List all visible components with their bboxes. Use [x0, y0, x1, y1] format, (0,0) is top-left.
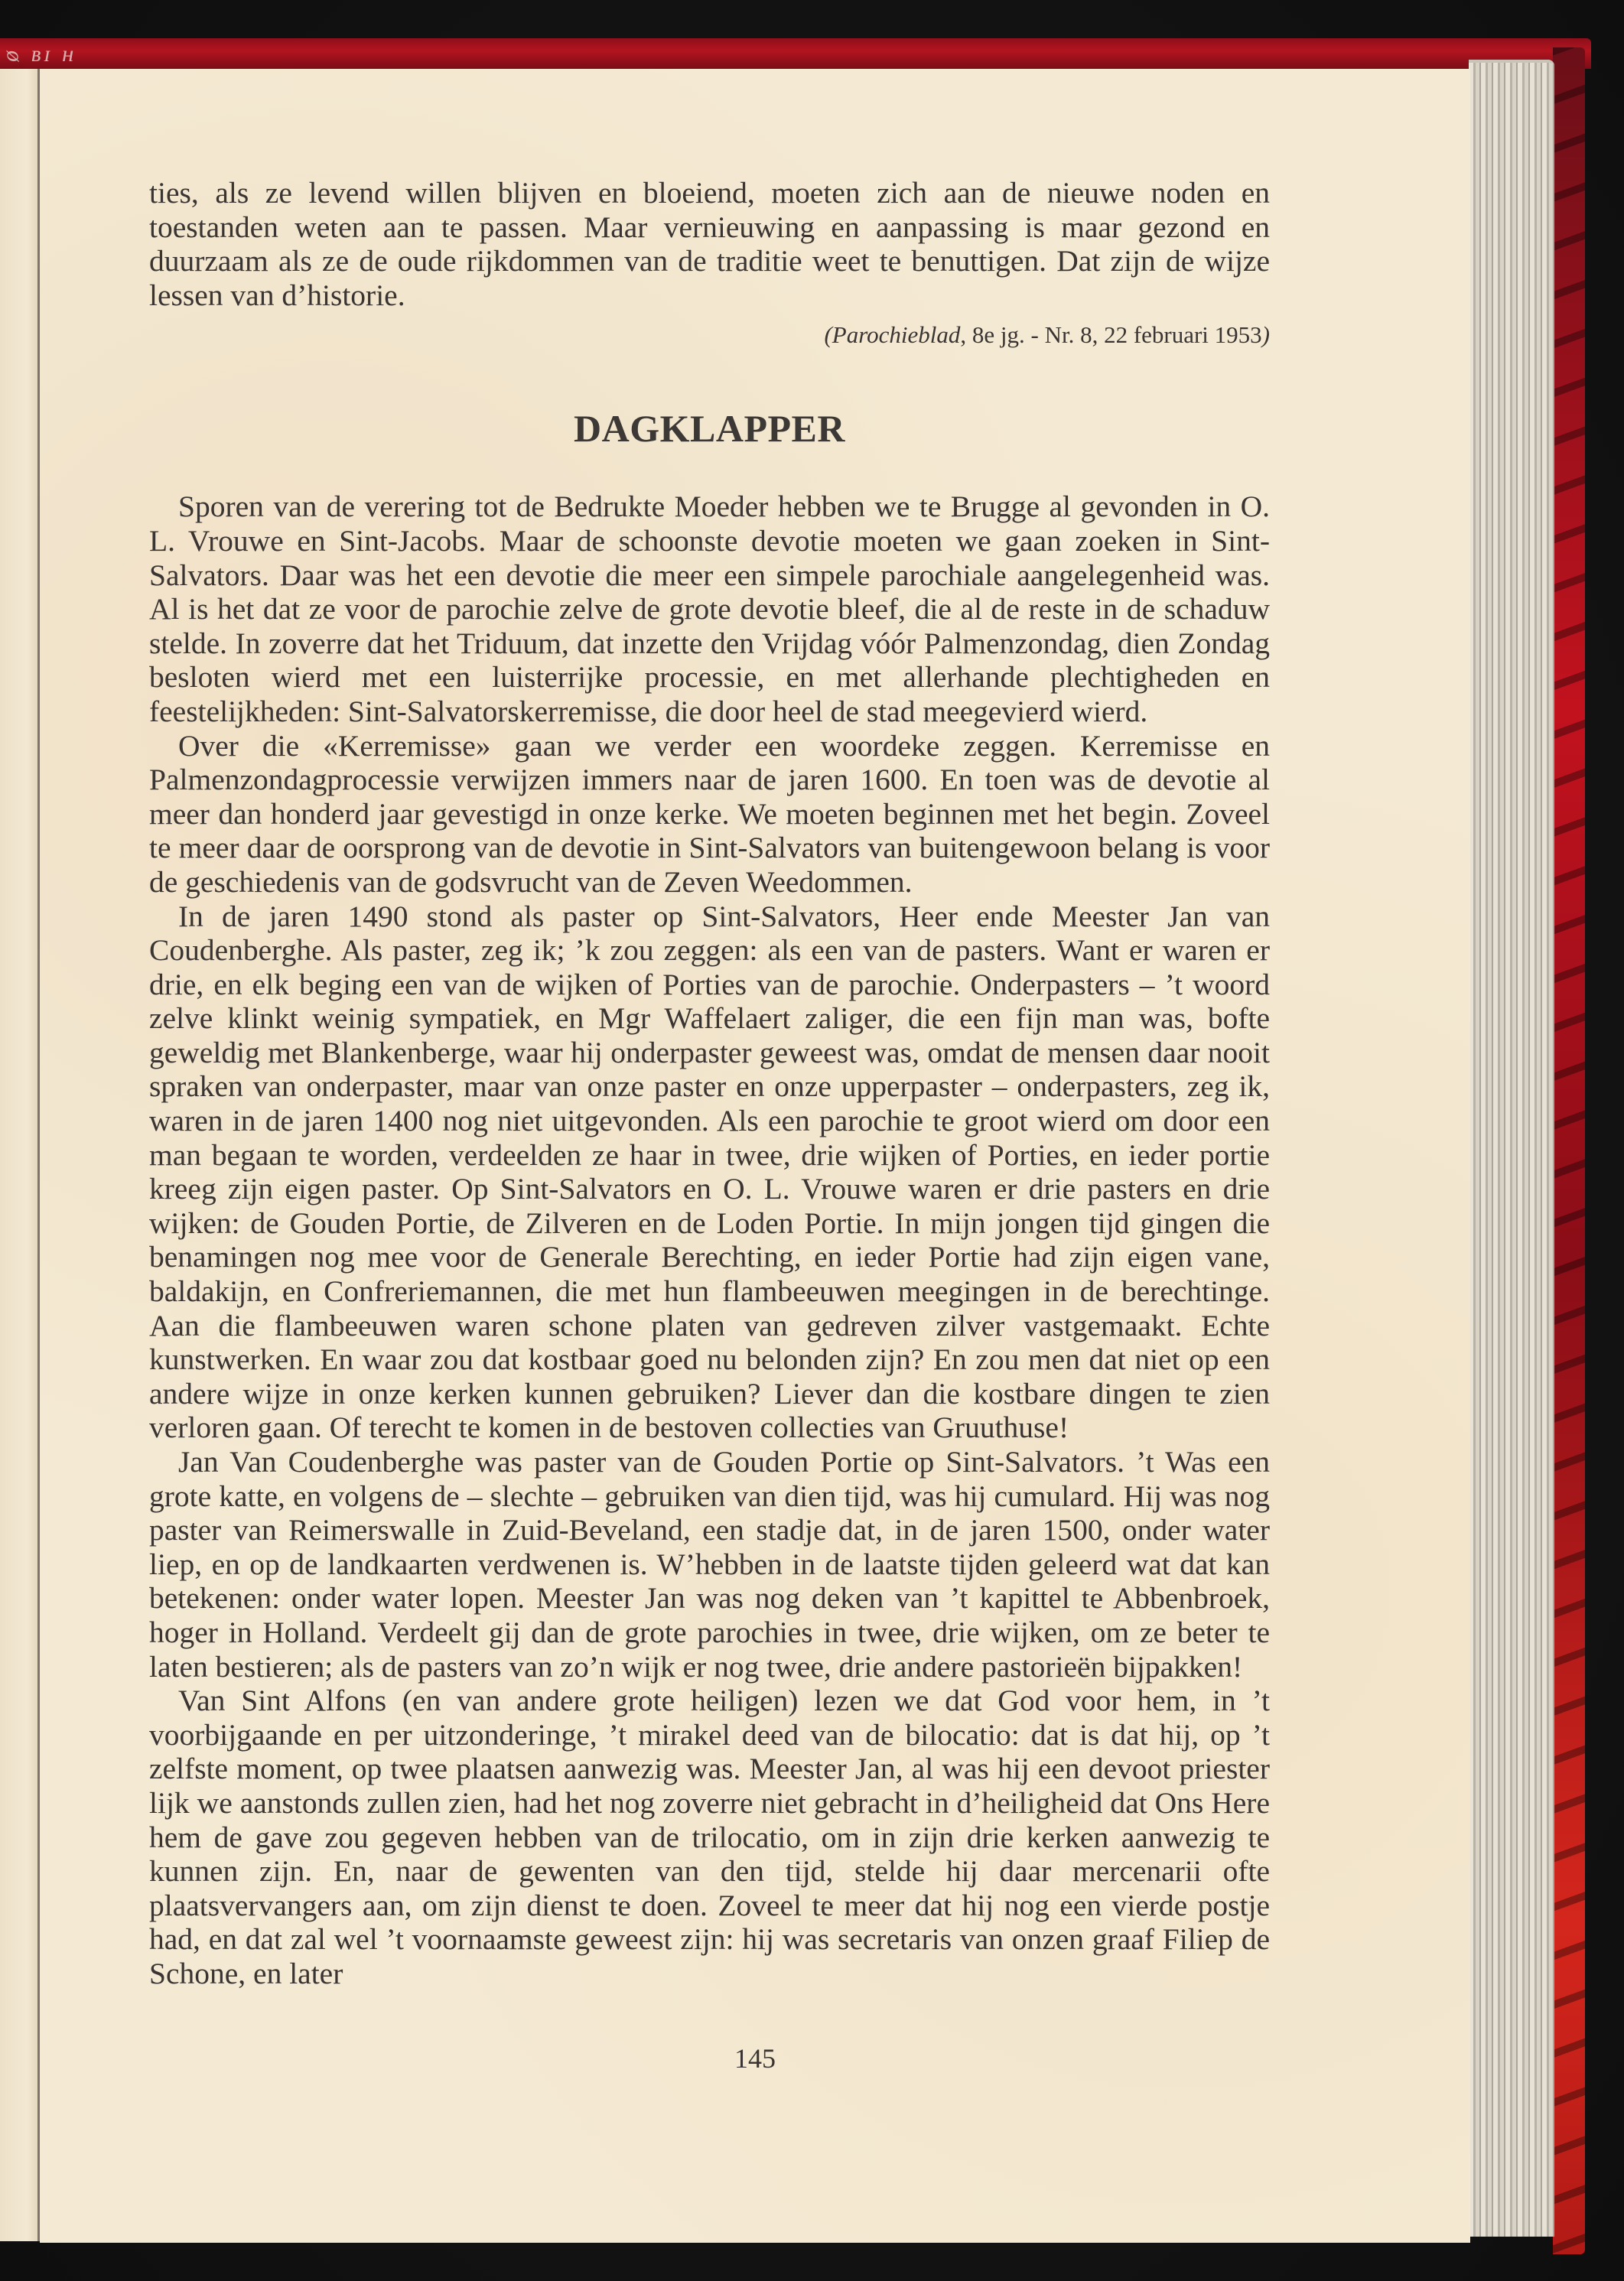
previous-article-citation: (Parochieblad, 8e jg. - Nr. 8, 22 februa…: [149, 318, 1270, 352]
article-paragraph: Jan Van Coudenberghe was paster van de G…: [149, 1445, 1270, 1684]
page-number: 145: [40, 2042, 1470, 2074]
citation-close-paren: ): [1262, 321, 1270, 348]
cover-spine-label: ᴓ ʙɪ ʜ: [6, 41, 77, 67]
article-paragraph: Over die «Kerremisse» gaan we verder een…: [149, 729, 1270, 900]
facing-page-sliver: [0, 69, 38, 2241]
citation-source: Parochieblad: [832, 321, 961, 348]
book-cover-top-edge: ᴓ ʙɪ ʜ: [0, 38, 1591, 69]
article-paragraph: In de jaren 1490 stond als paster op Sin…: [149, 900, 1270, 1446]
article-paragraph: Van Sint Alfons (en van andere grote hei…: [149, 1684, 1270, 1990]
book-page: ties, als ze levend willen blijven en bl…: [40, 69, 1470, 2243]
page-edges-stack: [1469, 60, 1554, 2237]
previous-article-closing-paragraph: ties, als ze levend willen blijven en bl…: [149, 176, 1270, 312]
article-title: DAGKLAPPER: [149, 407, 1270, 450]
page-text-column: ties, als ze levend willen blijven en bl…: [149, 176, 1270, 1991]
citation-open-paren: (: [824, 321, 832, 348]
citation-details: , 8e jg. - Nr. 8, 22 februari 1953: [960, 321, 1261, 348]
article-paragraph: Sporen van de verering tot de Bedrukte M…: [149, 490, 1270, 728]
book-cover-right-edge: [1553, 47, 1585, 2254]
